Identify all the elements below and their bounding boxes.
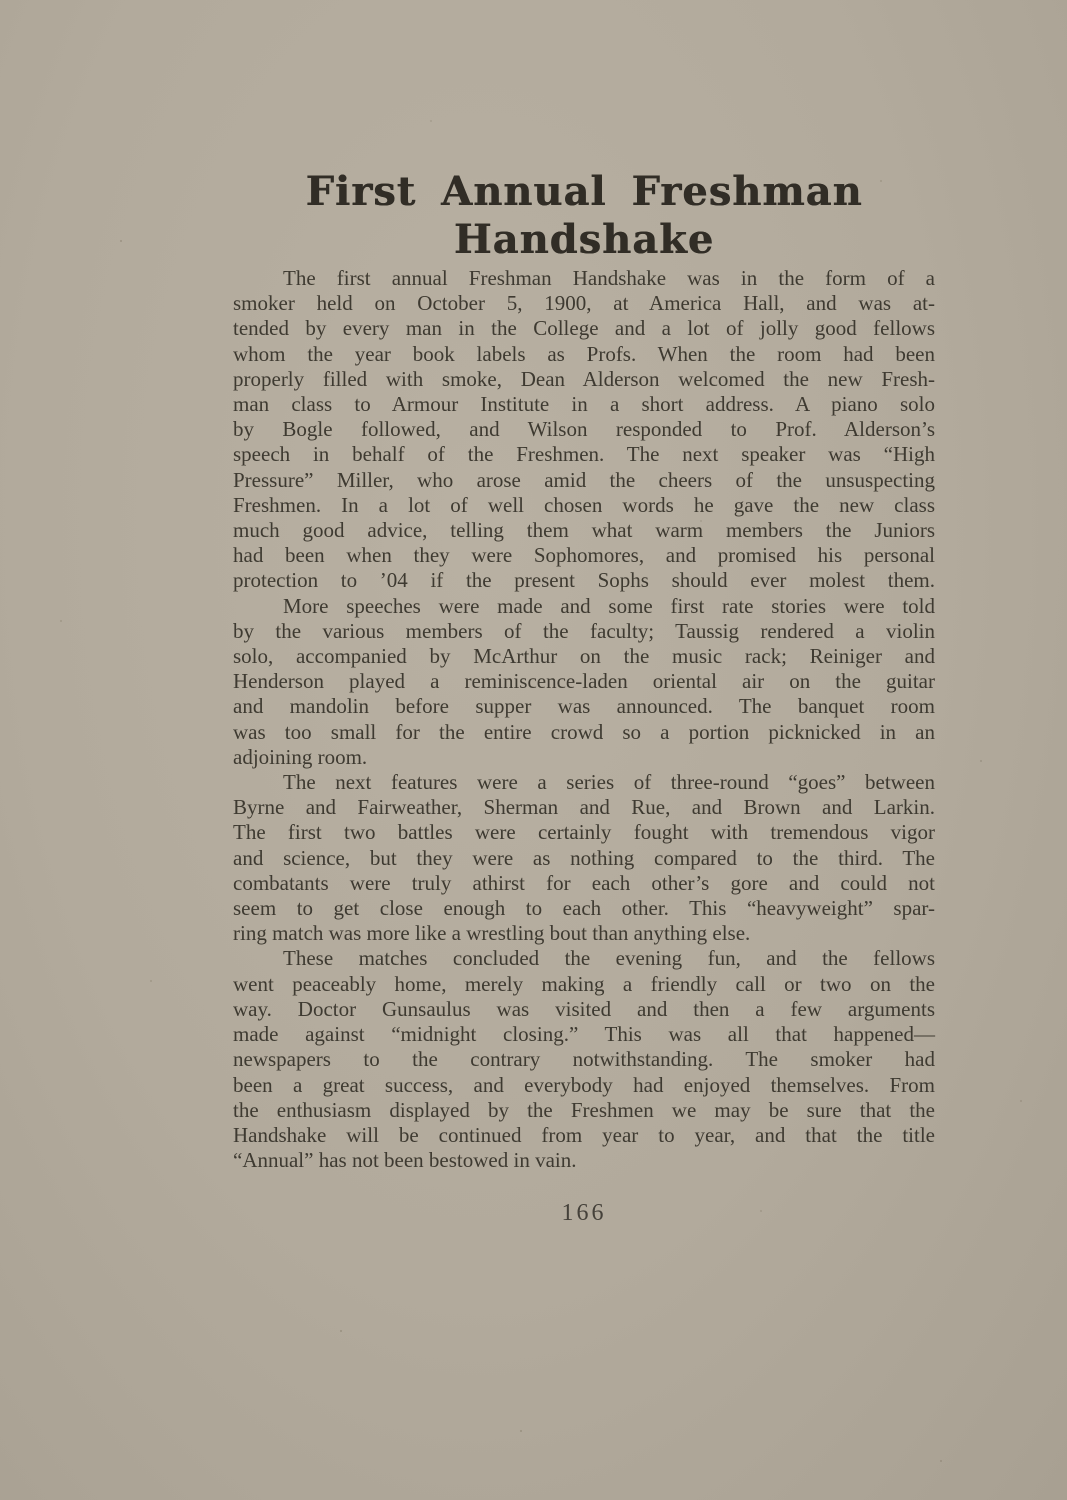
text-line: Handshake will be continued from year to… [233,1123,935,1148]
text-line: The first two battles were certainly fou… [233,820,935,845]
paragraph: The first annual Freshman Handshake was … [233,266,935,594]
text-line: ring match was more like a wrestling bou… [233,921,935,946]
text-line: whom the year book labels as Profs. When… [233,342,935,367]
text-line: by the various members of the faculty; T… [233,619,935,644]
text-line: by Bogle followed, and Wilson responded … [233,417,935,442]
text-line: been a great success, and everybody had … [233,1073,935,1098]
text-line: had been when they were Sophomores, and … [233,543,935,568]
text-line: The next features were a series of three… [233,770,935,795]
text-line: the enthusiasm displayed by the Freshmen… [233,1098,935,1123]
text-line: much good advice, telling them what warm… [233,518,935,543]
text-line: Freshmen. In a lot of well chosen words … [233,493,935,518]
text-line: The first annual Freshman Handshake was … [233,266,935,291]
text-line: “Annual” has not been bestowed in vain. [233,1148,935,1173]
text-line: properly filled with smoke, Dean Alderso… [233,367,935,392]
text-line: Byrne and Fairweather, Sherman and Rue, … [233,795,935,820]
text-line: solo, accompanied by McArthur on the mus… [233,644,935,669]
text-line: combatants were truly athirst for each o… [233,871,935,896]
book-page: First Annual Freshman Handshake The firs… [0,0,1067,1500]
text-line: and mandolin before supper was announced… [233,694,935,719]
text-line: newspapers to the contrary notwithstandi… [233,1047,935,1072]
page-title: First Annual Freshman Handshake [183,168,985,264]
text-line: adjoining room. [233,745,935,770]
paper-speckles [0,0,2,2]
text-line: made against “midnight closing.” This wa… [233,1022,935,1047]
paragraph: The next features were a series of three… [233,770,935,946]
text-line: These matches concluded the evening fun,… [233,946,935,971]
text-line: way. Doctor Gunsaulus was visited and th… [233,997,935,1022]
page-number: 166 [233,1200,935,1227]
paragraph: More speeches were made and some first r… [233,594,935,770]
text-line: Henderson played a reminiscence-laden or… [233,669,935,694]
text-line: Pressure” Miller, who arose amid the che… [233,468,935,493]
paragraph: These matches concluded the evening fun,… [233,946,935,1173]
text-line: seem to get close enough to each other. … [233,896,935,921]
text-line: man class to Armour Institute in a short… [233,392,935,417]
text-line: speech in behalf of the Freshmen. The ne… [233,442,935,467]
text-line: was too small for the entire crowd so a … [233,720,935,745]
text-line: More speeches were made and some first r… [233,594,935,619]
text-line: protection to ’04 if the present Sophs s… [233,568,935,593]
text-line: and science, but they were as nothing co… [233,846,935,871]
text-line: tended by every man in the College and a… [233,316,935,341]
text-line: smoker held on October 5, 1900, at Ameri… [233,291,935,316]
article: The first annual Freshman Handshake was … [233,266,935,1173]
text-line: went peaceably home, merely making a fri… [233,972,935,997]
